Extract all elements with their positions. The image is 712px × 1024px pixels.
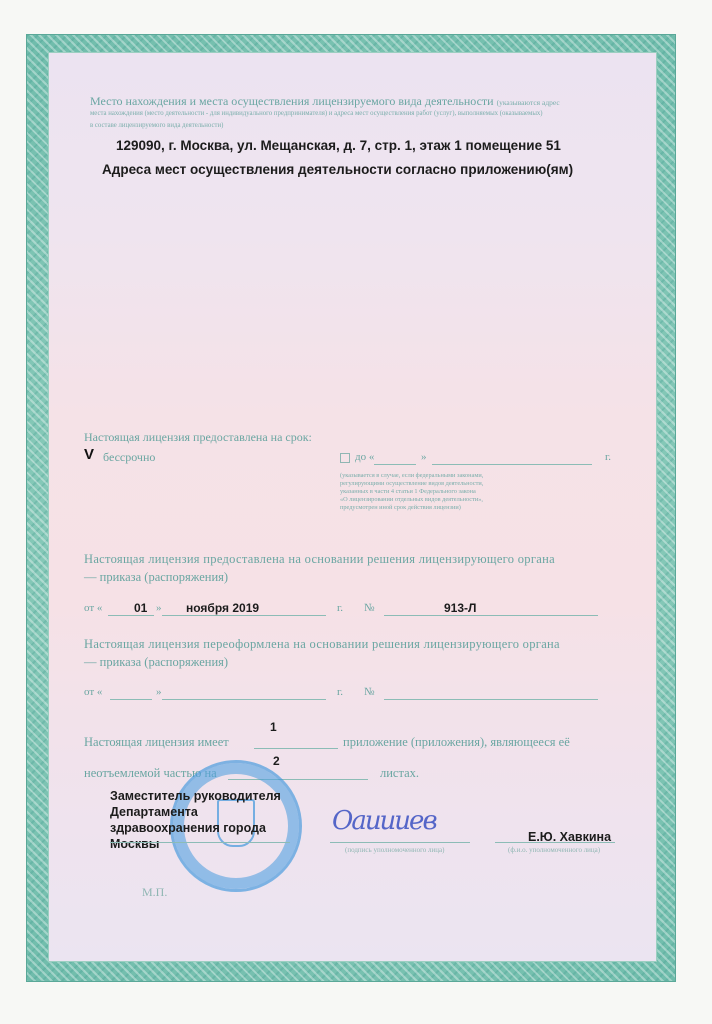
term-note-line: предусмотрен иной срок действия лицензии…: [340, 504, 483, 512]
unlimited-label: бессрочно: [103, 450, 155, 465]
appendix-text-2: приложение (приложения), являющееся её: [343, 735, 570, 750]
grant-number-field[interactable]: [384, 615, 598, 616]
reissue-basis-line2: — приказа (распоряжения): [84, 655, 228, 670]
signer-title-line: здравоохранения города: [110, 820, 281, 836]
appendix-text-4: листах.: [380, 766, 419, 781]
address: 129090, г. Москва, ул. Мещанская, д. 7, …: [116, 138, 561, 153]
address-appendix-note: Адреса мест осуществления деятельности с…: [102, 162, 573, 177]
signer-name: Е.Ю. Хавкина: [528, 830, 611, 844]
limited-term-checkbox[interactable]: [340, 453, 350, 463]
reissue-number-field[interactable]: [384, 699, 598, 700]
unlimited-checkbox[interactable]: V: [84, 446, 94, 463]
grant-month-year: ноября 2019: [186, 601, 259, 615]
grant-date-prefix: от «: [84, 602, 102, 614]
signer-title-line: Департамента: [110, 804, 281, 820]
reissue-basis-line1: Настоящая лицензия переоформлена на осно…: [84, 637, 560, 652]
appendix-text-1: Настоящая лицензия имеет: [84, 735, 229, 750]
reissue-month-year-field[interactable]: [162, 699, 326, 700]
location-note-3: в составе лицензируемого вида деятельнос…: [90, 122, 223, 129]
term-until-label: до «: [355, 451, 374, 463]
grant-number-label: №: [364, 602, 375, 614]
grant-number: 913-Л: [444, 601, 476, 615]
term-note-line: регулирующими осуществление видов деятел…: [340, 480, 483, 488]
term-note: (указывается в случае, если федеральными…: [340, 472, 483, 512]
location-heading: Место нахождения и места осуществления л…: [90, 94, 560, 109]
term-day-field[interactable]: [374, 464, 416, 465]
appendix-count: 1: [270, 720, 277, 734]
term-note-line: (указывается в случае, если федеральными…: [340, 472, 483, 480]
term-month-year-field[interactable]: [432, 464, 592, 465]
grant-basis-line1: Настоящая лицензия предоставлена на осно…: [84, 552, 555, 567]
grant-month-year-field[interactable]: [162, 615, 326, 616]
reissue-date-prefix: от «: [84, 686, 102, 698]
term-year-suffix: г.: [605, 451, 611, 463]
handwritten-signature: Оаиииев: [332, 806, 492, 842]
term-heading: Настоящая лицензия предоставлена на срок…: [84, 430, 312, 445]
grant-quote-close: »: [156, 602, 162, 614]
location-note-1: (указываются адрес: [497, 98, 560, 107]
seal-placeholder-label: М.П.: [142, 885, 167, 900]
signature-line: [330, 842, 470, 843]
appendix-count-field[interactable]: [254, 748, 338, 749]
reissue-day-field[interactable]: [110, 699, 152, 700]
signer-name-caption: (ф.и.о. уполномоченного лица): [508, 846, 600, 854]
term-note-line: «О лицензировании отдельных видов деятел…: [340, 496, 483, 504]
reissue-year-suffix: г.: [337, 686, 343, 698]
term-quote-close: »: [421, 451, 427, 463]
signature-caption: (подпись уполномоченного лица): [345, 846, 444, 854]
signer-title-line: Москвы: [110, 836, 281, 852]
term-note-line: указанных в части 4 статьи 1 Федеральног…: [340, 488, 483, 496]
grant-day-field[interactable]: [108, 615, 154, 616]
grant-year-suffix: г.: [337, 602, 343, 614]
reissue-quote-close: »: [156, 686, 162, 698]
signer-title-line: Заместитель руководителя: [110, 788, 281, 804]
grant-day: 01: [134, 601, 147, 615]
signer-position-line: [110, 842, 290, 843]
location-note-2: места нахождения (место деятельности - д…: [90, 110, 543, 117]
grant-basis-line2: — приказа (распоряжения): [84, 570, 228, 585]
reissue-number-label: №: [364, 686, 375, 698]
